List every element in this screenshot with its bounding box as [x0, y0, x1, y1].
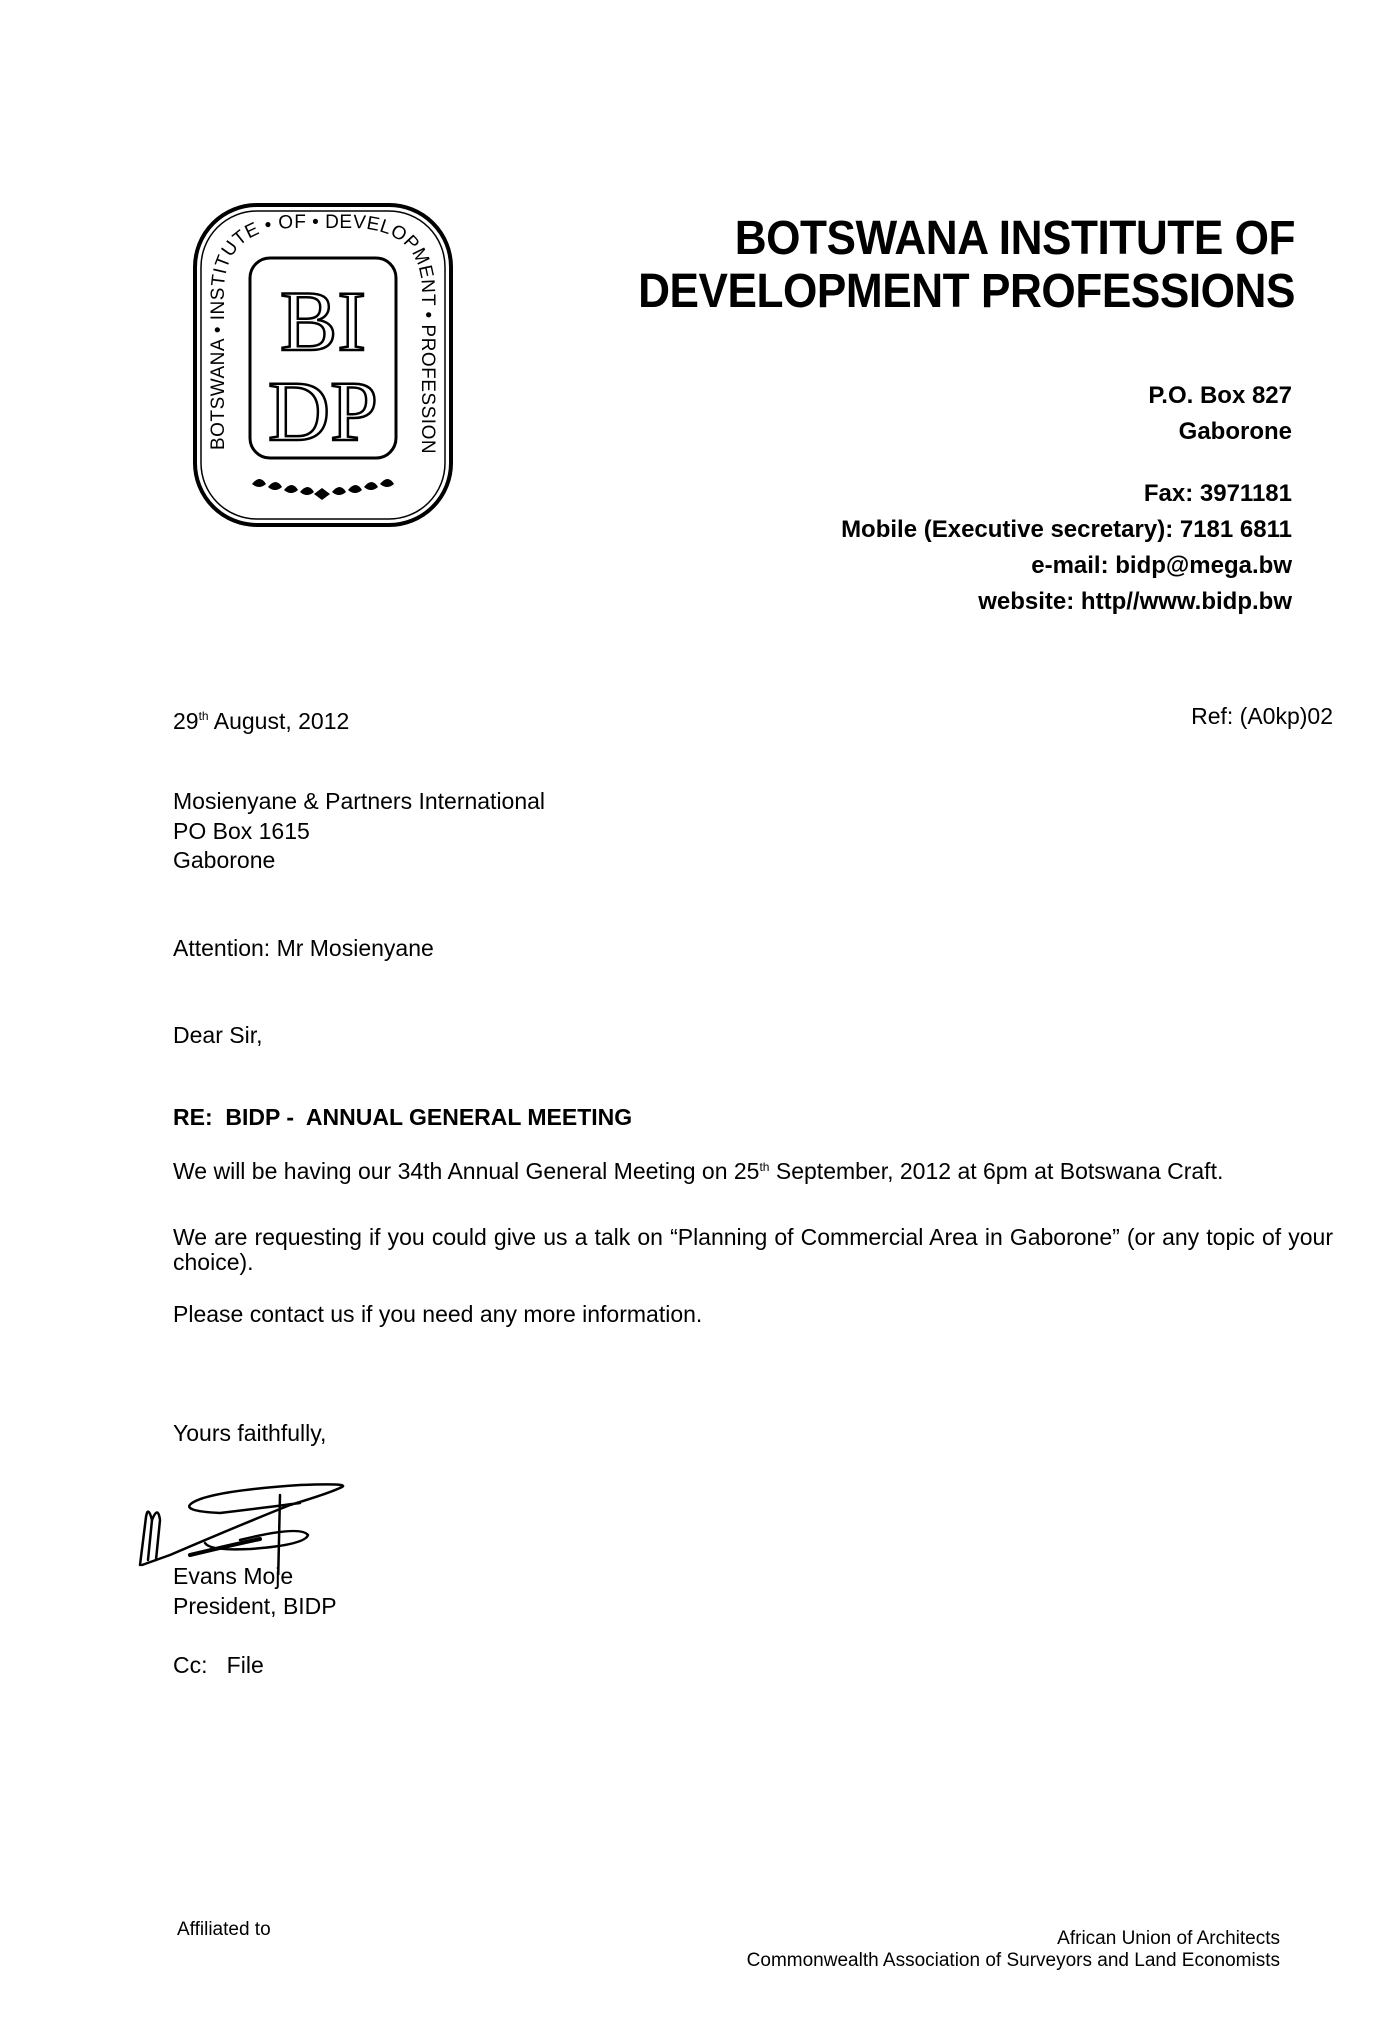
org-fax: Fax: 3971181: [841, 476, 1292, 512]
affiliation-item: Commonwealth Association of Surveyors an…: [747, 1950, 1280, 1972]
org-contacts: Fax: 3971181 Mobile (Executive secretary…: [841, 476, 1292, 620]
recipient-address: Mosienyane & Partners International PO B…: [173, 787, 545, 876]
signer-name: Evans Moje: [173, 1562, 337, 1592]
closing: Yours faithfully,: [173, 1419, 326, 1449]
org-po-box: P.O. Box 827: [1148, 378, 1292, 414]
affiliation-item: African Union of Architects: [747, 1928, 1280, 1950]
affiliations-list: African Union of Architects Commonwealth…: [747, 1928, 1280, 1972]
affiliated-label: Affiliated to: [177, 1919, 271, 1941]
letter-reference: Ref: (A0kp)02: [1191, 702, 1333, 732]
signer-block: Evans Moje President, BIDP: [173, 1562, 337, 1621]
laurel-icon: [252, 479, 394, 500]
signature-icon: [130, 1465, 400, 1575]
recipient-po-box: PO Box 1615: [173, 817, 545, 847]
letter-date: 29th August, 2012: [173, 702, 349, 737]
org-mobile: Mobile (Executive secretary): 7181 6811: [841, 512, 1292, 548]
signer-title: President, BIDP: [173, 1592, 337, 1622]
body-paragraph-3: Please contact us if you need any more i…: [173, 1302, 1333, 1327]
org-city: Gaborone: [1148, 414, 1292, 450]
org-website: website: http//www.bidp.bw: [841, 584, 1292, 620]
body-paragraph-1: We will be having our 34th Annual Genera…: [173, 1155, 1333, 1184]
attention-line: Attention: Mr Mosienyane: [173, 934, 434, 964]
org-title-line2: DEVELOPMENT PROFESSIONS: [638, 268, 1295, 316]
body-paragraph-2: We are requesting if you could give us a…: [173, 1225, 1333, 1275]
recipient-city: Gaborone: [173, 846, 545, 876]
recipient-company: Mosienyane & Partners International: [173, 787, 545, 817]
logo-monogram-bottom: DP: [268, 363, 378, 459]
cc-line: Cc: File: [173, 1651, 264, 1681]
org-title-line1: BOTSWANA INSTITUTE OF: [735, 215, 1295, 263]
org-address: P.O. Box 827 Gaborone: [1148, 378, 1292, 450]
salutation: Dear Sir,: [173, 1021, 262, 1051]
org-email: e-mail: bidp@mega.bw: [841, 548, 1292, 584]
bidp-logo: BOTSWANA • INSTITUTE • OF • DEVELOPMENT …: [192, 202, 454, 528]
logo-monogram-top: BI: [280, 273, 366, 369]
subject-line: RE: BIDP - ANNUAL GENERAL MEETING: [173, 1104, 632, 1131]
